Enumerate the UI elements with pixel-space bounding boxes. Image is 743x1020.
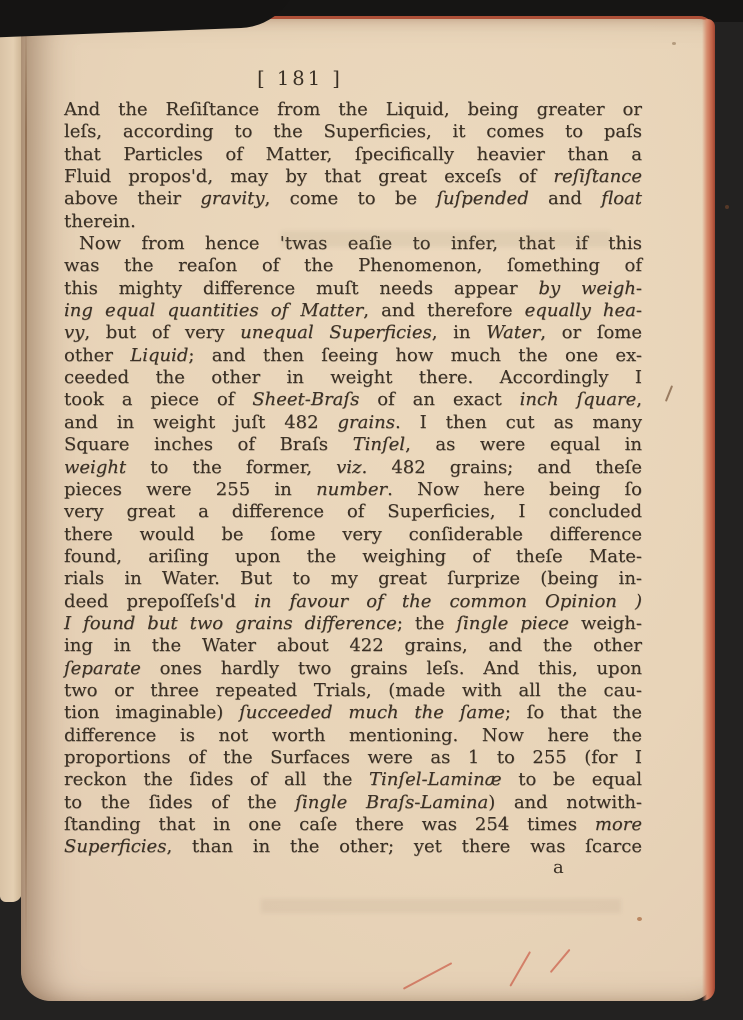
text-line: above their gravity, come to be ſuſpende… (64, 188, 642, 210)
red-stained-fore-edge (702, 19, 715, 1001)
text-line: Square inches of Braſs Tinſel, as were e… (64, 434, 642, 456)
ink-show-through (281, 231, 611, 247)
roman-text: 482 grains; and theſe (367, 457, 642, 478)
roman-text: and (529, 188, 601, 209)
text-line: very great a difference of Superficies, … (64, 501, 642, 523)
italic-text: Water (486, 322, 540, 343)
roman-text: very great a difference of Superficies, … (64, 501, 642, 522)
italic-text: grains (338, 412, 395, 433)
catchword: a (553, 857, 564, 878)
roman-text: difference is not worth mentioning. Now … (64, 725, 642, 746)
text-line: vy, but of very unequal Superficies, in … (64, 322, 642, 344)
italic-text: by weigh- (538, 278, 642, 299)
roman-text: ; and then ſeeing how much the one ex- (188, 345, 642, 366)
text-line: ſeparate ones hardly two grains leſs. An… (64, 658, 642, 680)
roman-text: to the ſides of the (64, 792, 295, 813)
italic-text: equally hea- (525, 300, 642, 321)
roman-text: ; ſo that the (505, 702, 642, 723)
text-line: was the reaſon of the Phenomenon, ſometh… (64, 255, 642, 277)
roman-text: , as were equal in (405, 434, 642, 455)
italic-text: Liquid (130, 345, 188, 366)
page-number: [ 181 ] (11, 67, 589, 90)
italic-text: inch ſquare (520, 389, 637, 410)
paragraph-1: And the Reſiſtance from the Liquid, bein… (64, 99, 642, 233)
roman-text: this mighty difference muſt needs appear (64, 278, 538, 299)
roman-text: deed prepoſſeſs'd (64, 591, 254, 612)
italic-text: ſuſpended (436, 188, 528, 209)
roman-text: ceeded the other in weight there. Accord… (64, 367, 642, 388)
stain (725, 205, 729, 209)
roman-text: Square inches of Braſs (64, 434, 353, 455)
roman-text: , or ſome (540, 322, 642, 343)
italic-text: in favour of the common Opinion ) (254, 591, 642, 612)
text-line: weight to the former, viz. 482 grains; a… (64, 457, 642, 479)
roman-text: . Now here being ſo (387, 479, 642, 500)
italic-text: reſiſtance (553, 166, 642, 187)
text-line: found, ariſing upon the weighing of theſ… (64, 546, 642, 568)
italic-text: number (316, 479, 387, 500)
text-line: deed prepoſſeſs'd in favour of the commo… (64, 591, 642, 613)
roman-text: other (64, 345, 130, 366)
book-scan: { "colors": { "backdrop": "#232221", "pa… (0, 0, 743, 1020)
italic-text: Superficies (64, 836, 166, 857)
roman-text: , and therefore (363, 300, 524, 321)
text-line: there would be ſome very conſiderable di… (64, 524, 642, 546)
roman-text: of an exact (359, 389, 519, 410)
text-line: I found but two grains difference; the ſ… (64, 613, 642, 635)
roman-text: therein. (64, 211, 136, 232)
roman-text: there would be ſome very conſiderable di… (64, 524, 642, 545)
text-line: took a piece of Sheet-Braſs of an exact … (64, 389, 642, 411)
text-line: two or three repeated Trials, (made with… (64, 680, 642, 702)
italic-text: vy (64, 322, 84, 343)
text-line: pieces were 255 in number. Now here bein… (64, 479, 642, 501)
italic-text: Tinſel (353, 434, 405, 455)
roman-text: to the former, (126, 457, 336, 478)
roman-text: above their (64, 188, 200, 209)
roman-text: to be equal (502, 769, 642, 790)
italic-text: more (595, 814, 642, 835)
text-line: And the Reſiſtance from the Liquid, bein… (64, 99, 642, 121)
roman-text: ones hardly two grains leſs. And this, u… (141, 658, 642, 679)
text-line: Superficies, than in the other; yet ther… (64, 836, 642, 858)
roman-text: rials in Water. But to my great ſurprize… (64, 568, 642, 589)
roman-text: , come to be (265, 188, 437, 209)
roman-text: Fluid propos'd, may by that great exceſs… (64, 166, 553, 187)
italic-text: ſingle Braſs-Lamina (295, 792, 488, 813)
roman-text: , in (432, 322, 486, 343)
roman-text: proportions of the Surfaces were as 1 to… (64, 747, 642, 768)
text-line: ſtanding that in one caſe there was 254 … (64, 814, 642, 836)
text-line: and in weight juſt 482 grains. I then cu… (64, 412, 642, 434)
roman-text: ing in the Water about 422 grains, and t… (64, 635, 642, 656)
roman-text: that Particles of Matter, ſpecifically h… (64, 144, 642, 165)
text-line: tion imaginable) ſucceeded much the ſame… (64, 702, 642, 724)
roman-text: ſtanding that in one caſe there was 254 … (64, 814, 595, 835)
roman-text: took a piece of (64, 389, 252, 410)
text-line: difference is not worth mentioning. Now … (64, 725, 642, 747)
paragraph-2: Now from hence 'twas eaſie to infer, tha… (64, 233, 642, 859)
stain (672, 42, 676, 45)
roman-text: was the reaſon of the Phenomenon, ſometh… (64, 255, 642, 276)
text-line: ing equal quantities of Matter, and ther… (64, 300, 642, 322)
underlying-page-edge (0, 28, 22, 902)
roman-text: tion imaginable) (64, 702, 239, 723)
gutter-crease (25, 19, 27, 941)
italic-text: ſingle piece (456, 613, 569, 634)
italic-text: ſeparate (64, 658, 141, 679)
italic-text: unequal Superficies (240, 322, 432, 343)
roman-text: reckon the ſides of all the (64, 769, 369, 790)
stain (637, 917, 642, 921)
italic-text: gravity (200, 188, 264, 209)
italic-text: ſucceeded much the ſame (239, 702, 505, 723)
body-text: And the Reſiſtance from the Liquid, bein… (64, 99, 642, 859)
text-line: ing in the Water about 422 grains, and t… (64, 635, 642, 657)
text-line: therein. (64, 211, 642, 233)
text-line: Fluid propos'd, may by that great exceſs… (64, 166, 642, 188)
book-page: [ 181 ] And the Reſiſtance from the Liqu… (21, 16, 715, 1001)
italic-text: I found but two grains difference (64, 613, 397, 634)
roman-text: . I then cut as many (395, 412, 642, 433)
roman-text: And the Reſiſtance from the Liquid, bein… (64, 99, 642, 120)
text-line: reckon the ſides of all the Tinſel-Lamin… (64, 769, 642, 791)
text-line: leſs, according to the Superficies, it c… (64, 121, 642, 143)
text-line: rials in Water. But to my great ſurprize… (64, 568, 642, 590)
italic-text: float (601, 188, 642, 209)
roman-text: ; the (397, 613, 457, 634)
roman-text: weigh- (569, 613, 642, 634)
italic-text: Sheet-Braſs (252, 389, 359, 410)
ink-show-through (261, 899, 621, 913)
italic-text: ing equal quantities of Matter (64, 300, 363, 321)
roman-text: two or three repeated Trials, (made with… (64, 680, 642, 701)
text-line: other Liquid; and then ſeeing how much t… (64, 345, 642, 367)
roman-text: found, ariſing upon the weighing of theſ… (64, 546, 642, 567)
text-line: that Particles of Matter, ſpecifically h… (64, 144, 642, 166)
roman-text: , (636, 389, 642, 410)
italic-text: viz. (336, 457, 367, 478)
text-line: this mighty difference muſt needs appear… (64, 278, 642, 300)
roman-text: leſs, according to the Superficies, it c… (64, 121, 642, 142)
roman-text: , but of very (84, 322, 240, 343)
italic-text: Tinſel-Laminæ (369, 769, 502, 790)
text-line: ceeded the other in weight there. Accord… (64, 367, 642, 389)
italic-text: weight (64, 457, 126, 478)
roman-text: , than in the other; yet there was ſcarc… (166, 836, 642, 857)
roman-text: ) and notwith- (488, 792, 642, 813)
roman-text: pieces were 255 in (64, 479, 316, 500)
roman-text: and in weight juſt 482 (64, 412, 338, 433)
text-line: to the ſides of the ſingle Braſs-Lamina)… (64, 792, 642, 814)
text-line: proportions of the Surfaces were as 1 to… (64, 747, 642, 769)
